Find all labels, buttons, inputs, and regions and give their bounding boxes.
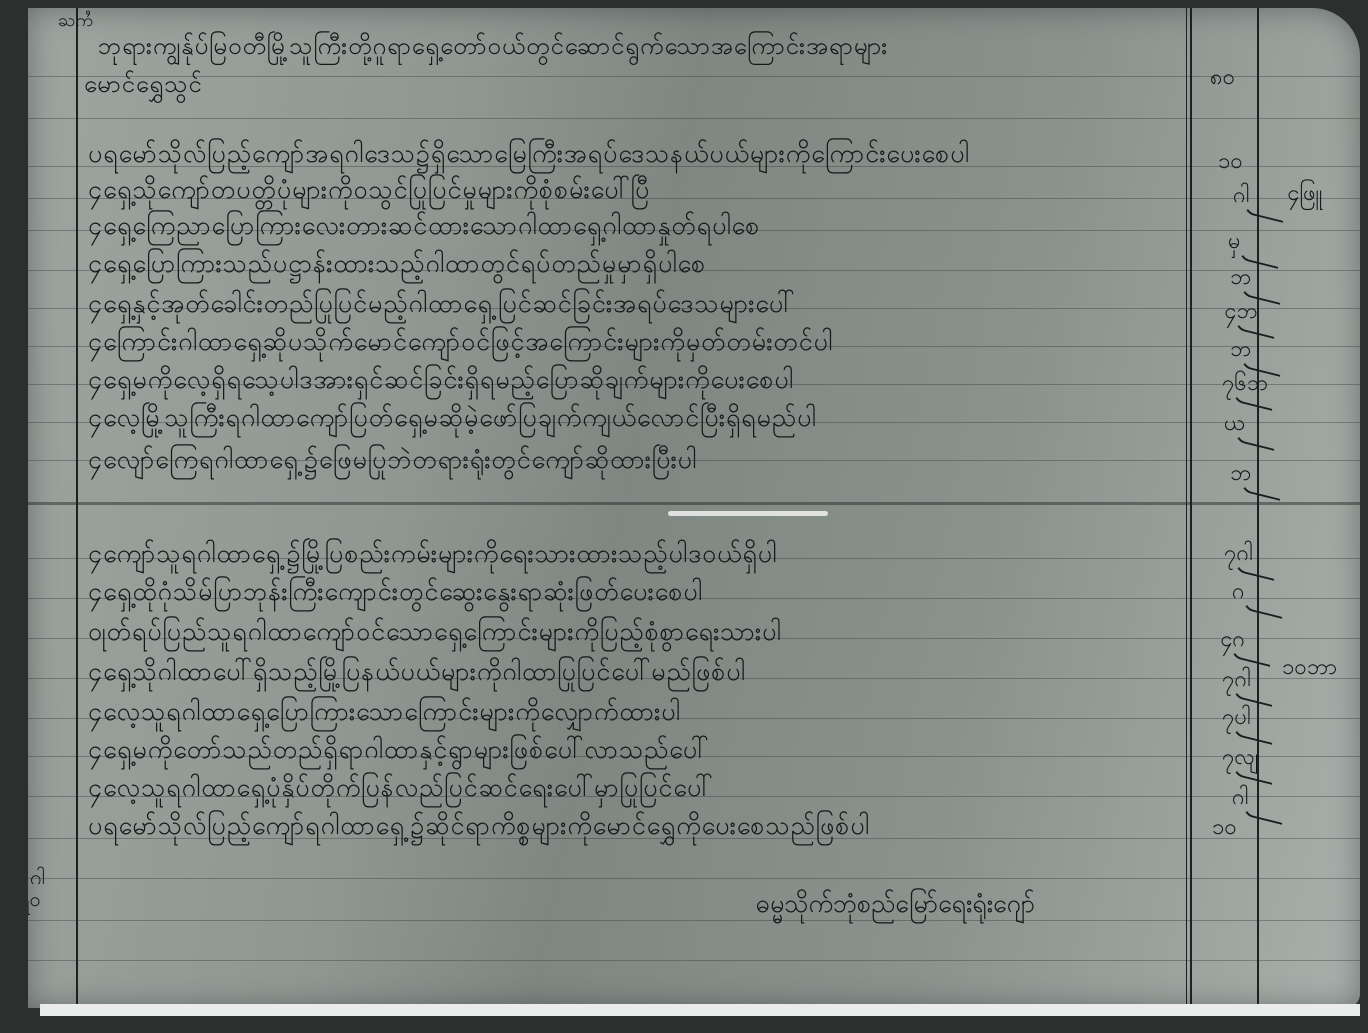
body-line: ၄ရှေ့နှင့်အုတ်ခေါင်းတည်ပြုပြင်မည့်ဂါထာရှ… bbox=[88, 286, 795, 322]
margin-numeral: ၈၀ bbox=[1210, 62, 1235, 95]
margin-tally: ၇ဂါ bbox=[1222, 664, 1251, 697]
paper-fold bbox=[28, 502, 1360, 505]
paper-bottom-edge bbox=[40, 1004, 1360, 1016]
margin-tally: ၇၆ဘ bbox=[1222, 368, 1268, 401]
body-line: ၄ကြောင်းဂါထာရှေ့ဆိုပသိုက်မောင်ကျော်ဝင်ဖြ… bbox=[88, 324, 833, 360]
body-line: ၄လျော်ကြေရဂါထာရှေ့၌ဖြေမပြုဘဲတရားရုံးတွင်… bbox=[88, 442, 697, 478]
body-line: ၀ုတ်ရပ်ပြည်သူရဂါထာကျော်ဝင်သောရှေ့ကြောင်း… bbox=[88, 614, 782, 650]
corner-mark: ႀကႆ bbox=[58, 8, 93, 35]
margin-tally: ၇ပါ bbox=[1222, 702, 1251, 735]
right-margin-line-inner bbox=[1186, 8, 1187, 1008]
side-note: ၁၀ဘာ bbox=[1282, 652, 1337, 685]
ruled-line bbox=[28, 118, 1360, 119]
title-line-2: မောင်ရွှေသွင် bbox=[84, 66, 203, 102]
left-margin-note: ဂါ ရဝ bbox=[28, 866, 45, 910]
left-margin-line bbox=[76, 8, 78, 1008]
annotation-column-line bbox=[1257, 8, 1259, 1008]
margin-tally: ဘ bbox=[1230, 458, 1251, 491]
ruled-line bbox=[28, 878, 1360, 879]
ruled-line bbox=[28, 920, 1360, 921]
margin-tally: ဂ bbox=[1232, 576, 1245, 609]
signature: ဓမ္မသိုက်ဘုံစည်မြော်ရေးရုံးဂျော် bbox=[756, 888, 1035, 925]
body-line: ၄ရှေ့မကိုလေ့ရှိရသေ့ပါဒအားရှင်ဆင်ခြင်းရှိ… bbox=[88, 362, 794, 398]
side-note: ၄ဖြူ bbox=[1287, 178, 1322, 211]
right-margin-line bbox=[1190, 8, 1192, 1008]
margin-tally: ဘ bbox=[1230, 262, 1251, 295]
margin-tally: ၄ဘ bbox=[1224, 296, 1258, 329]
body-line: ၄ကျော်သူရဂါထာရှေ့၌မြို့ပြစည်းကမ်းများကို… bbox=[88, 536, 777, 572]
ruled-line bbox=[28, 960, 1360, 961]
body-line: ၄ရှေ့ကြေညာပြောကြားလေးတားဆင်ထားသောဂါထာရှေ… bbox=[88, 208, 760, 244]
margin-tally: ဂါ bbox=[1232, 782, 1248, 815]
paper-tear bbox=[668, 511, 828, 516]
body-line: ၄ရှေ့မကိုတော်သည်တည်ရှိရာဂါထာနှင့်ရွာများ… bbox=[88, 732, 709, 768]
margin-tally: မှ bbox=[1228, 226, 1241, 259]
body-line: ပရမော်သိုလ်ပြည့်ကျော်ရဂါထာရှေ့၌ဆိုင်ရာကိ… bbox=[88, 808, 870, 844]
body-line: ၄ရှေ့ပြောကြားသည်ပဋ္ဌာန်းထားသည့်ဂါထာတွင်ရ… bbox=[88, 246, 706, 282]
margin-numeral: ၁၀ bbox=[1212, 812, 1237, 845]
body-line: ၄ရှေ့သိုကျော်တပတ္တိပုံများကို၀သွင်ပြုပြင… bbox=[88, 172, 650, 208]
left-note-line: ရဝ bbox=[28, 888, 45, 910]
title-line-1: ဘုရားကျွန်ုပ်မြဝတီမြို့သူကြီးတို့ဂူရာရှေ… bbox=[98, 28, 888, 64]
left-note-line: ဂါ bbox=[28, 866, 45, 888]
margin-tally: ဘ bbox=[1230, 334, 1251, 367]
margin-tally: ၇လျ bbox=[1222, 742, 1258, 775]
margin-tally: ၄ဂ bbox=[1220, 624, 1245, 657]
body-line: ၄လေ့သူရဂါထာရှေ့ပုံနှိပ်တိုက်ပြန်လည်ပြင်ဆ… bbox=[88, 770, 714, 806]
body-line: ၄ရှေ့သိုဂါထာပေါ်ရှိသည့်မြို့ပြနယ်ပယ်များ… bbox=[88, 654, 746, 690]
margin-tally: ၇ဂါ bbox=[1224, 538, 1253, 571]
margin-tally: ယ bbox=[1224, 408, 1245, 441]
ruled-line bbox=[28, 76, 1360, 77]
body-line: ၄လေ့မြို့သူကြီးရဂါထာကျော်ပြတ်ရှေ့မဆိုမဲ့… bbox=[88, 400, 817, 436]
body-line: ပရမော်သိုလ်ပြည့်ကျော်အရဂါဒေသ၌ရှိသောမြေကြ… bbox=[88, 136, 970, 172]
body-line: ၄ရှေ့ထိုဂုံသိမ်ပြာဘုန်းကြီးကျောင်းတွင်ဆွ… bbox=[88, 574, 703, 610]
margin-tally: ဂါ bbox=[1233, 180, 1249, 213]
margin-numeral: ၁၀ bbox=[1218, 146, 1243, 179]
body-line: ၄လေ့သူရဂါထာရှေ့ပြောကြားသောကြောင်းများကို… bbox=[88, 694, 681, 730]
manuscript-page: ႀကႆ ဘုရားကျွန်ုပ်မြဝတီမြို့သူကြီးတို့ဂူရ… bbox=[28, 8, 1360, 1008]
